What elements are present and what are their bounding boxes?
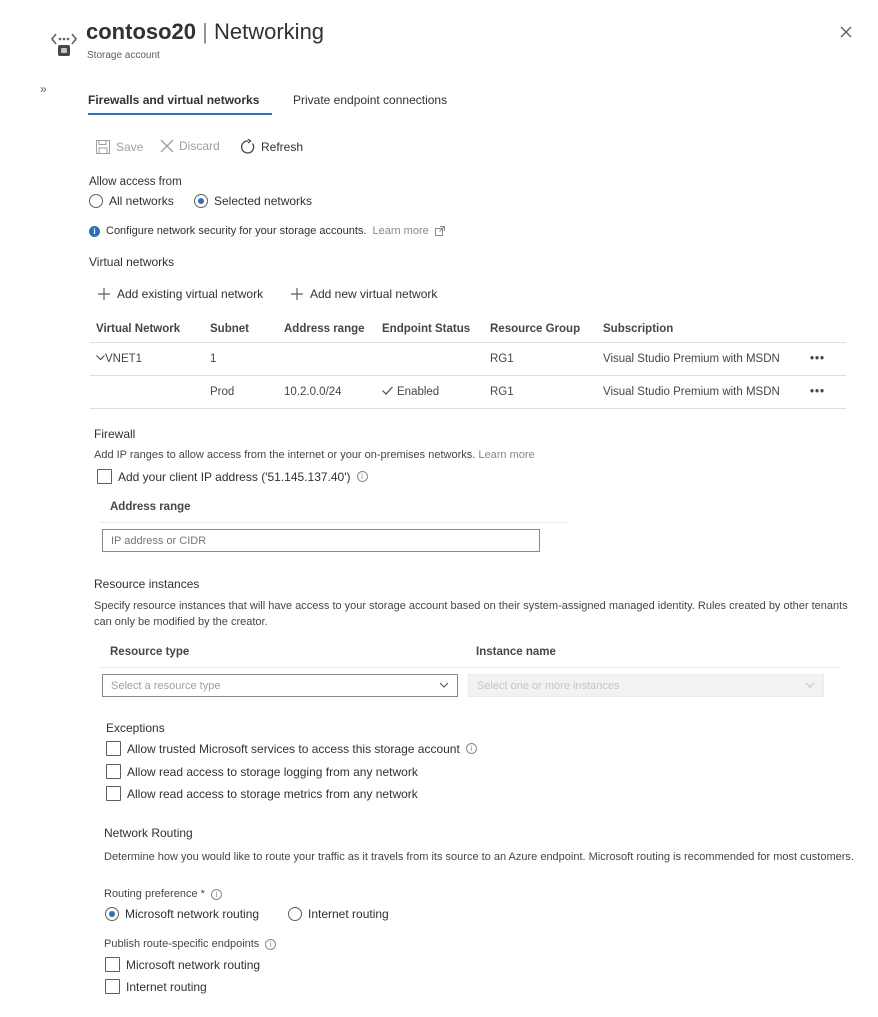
info-icon[interactable]: i xyxy=(357,471,368,482)
learn-more-link[interactable]: Learn more xyxy=(372,225,428,237)
info-icon[interactable]: i xyxy=(265,939,276,950)
table-row[interactable]: VNET1 1 RG1 Visual Studio Premium with M… xyxy=(90,343,846,376)
discard-label: Discard xyxy=(179,139,220,153)
plus-icon xyxy=(97,287,111,301)
plus-icon xyxy=(290,287,304,301)
save-button[interactable]: Save xyxy=(95,139,143,155)
more-options-icon[interactable]: ••• xyxy=(804,376,846,409)
column-header: Subnet xyxy=(204,316,278,343)
address-range-input[interactable] xyxy=(102,529,540,552)
table-header-row: Virtual Network Subnet Address range End… xyxy=(90,316,846,343)
table-row[interactable]: Prod 10.2.0.0/24 Enabled RG1 Visual Stud… xyxy=(90,376,846,409)
radio-label: Selected networks xyxy=(214,194,312,208)
resource-group-cell: RG1 xyxy=(484,343,597,376)
column-header: Address range xyxy=(278,316,376,343)
subscription-cell: Visual Studio Premium with MSDN xyxy=(597,376,804,409)
refresh-label: Refresh xyxy=(261,140,303,154)
storage-account-network-icon xyxy=(50,28,78,58)
info-text: Configure network security for your stor… xyxy=(106,225,366,237)
info-icon: i xyxy=(89,226,100,237)
divider xyxy=(100,667,840,668)
resource-type-subtitle: Storage account xyxy=(87,50,160,61)
publish-endpoints-text: Publish route-specific endpoints xyxy=(104,936,259,952)
radio-label: Microsoft network routing xyxy=(125,907,259,921)
chevron-down-icon[interactable] xyxy=(96,353,105,362)
address-range-cell: 10.2.0.0/24 xyxy=(278,376,376,409)
checkbox-label: Internet routing xyxy=(126,980,207,994)
radio-circle-checked xyxy=(194,194,208,208)
routing-preference-text: Routing preference * xyxy=(104,886,205,902)
checkbox-label: Allow read access to storage metrics fro… xyxy=(127,787,418,801)
subscription-cell: Visual Studio Premium with MSDN xyxy=(597,343,804,376)
add-new-label: Add new virtual network xyxy=(310,287,437,301)
column-header: Resource Group xyxy=(484,316,597,343)
resource-type-dropdown[interactable]: Select a resource type xyxy=(102,674,458,697)
endpoint-status-cell: Enabled xyxy=(376,376,484,409)
publish-microsoft-routing-checkbox[interactable]: Microsoft network routing xyxy=(105,957,260,972)
radio-selected-networks[interactable]: Selected networks xyxy=(194,194,312,208)
close-icon[interactable] xyxy=(838,24,854,40)
divider xyxy=(100,522,568,523)
info-icon[interactable]: i xyxy=(211,889,222,900)
column-header: Subscription xyxy=(597,316,804,343)
resource-instances-description: Specify resource instances that will hav… xyxy=(94,598,864,630)
resource-group-cell: RG1 xyxy=(484,376,597,409)
info-icon[interactable]: i xyxy=(466,743,477,754)
tab-private-endpoint-connections[interactable]: Private endpoint connections xyxy=(293,93,447,107)
chevron-down-icon xyxy=(439,682,449,689)
vnet-name: VNET1 xyxy=(105,353,142,365)
column-header: Endpoint Status xyxy=(376,316,484,343)
checkbox-box xyxy=(97,469,112,484)
vnet-cell xyxy=(90,376,204,409)
radio-circle xyxy=(288,907,302,921)
actions-column-header xyxy=(804,316,846,343)
checkmark-icon xyxy=(382,386,393,395)
external-link-icon xyxy=(435,226,445,236)
checkbox-box xyxy=(105,979,120,994)
checkbox-box xyxy=(105,957,120,972)
endpoint-status-text: Enabled xyxy=(397,386,439,398)
radio-microsoft-network-routing[interactable]: Microsoft network routing xyxy=(105,907,259,921)
exceptions-heading: Exceptions xyxy=(106,721,165,735)
checkbox-label: Allow read access to storage logging fro… xyxy=(127,765,418,779)
instance-name-dropdown[interactable]: Select one or more instances xyxy=(468,674,824,697)
radio-internet-routing[interactable]: Internet routing xyxy=(288,907,389,921)
exception-trusted-services-checkbox[interactable]: Allow trusted Microsoft services to acce… xyxy=(106,741,477,756)
virtual-networks-heading: Virtual networks xyxy=(89,255,174,269)
vnet-cell[interactable]: VNET1 xyxy=(90,343,204,376)
checkbox-label: Allow trusted Microsoft services to acce… xyxy=(127,742,460,756)
address-range-cell xyxy=(278,343,376,376)
refresh-icon xyxy=(240,139,256,155)
radio-all-networks[interactable]: All networks xyxy=(89,194,174,208)
checkbox-label: Add your client IP address ('51.145.137.… xyxy=(118,470,351,484)
active-tab-indicator xyxy=(88,113,272,115)
endpoint-status-cell xyxy=(376,343,484,376)
firewall-heading: Firewall xyxy=(94,427,135,441)
save-icon xyxy=(95,139,111,155)
resource-type-placeholder: Select a resource type xyxy=(111,680,220,692)
checkbox-box xyxy=(106,786,121,801)
publish-internet-routing-checkbox[interactable]: Internet routing xyxy=(105,979,207,994)
network-routing-heading: Network Routing xyxy=(104,826,193,840)
radio-label: Internet routing xyxy=(308,907,389,921)
discard-button[interactable]: Discard xyxy=(160,139,220,153)
checkbox-label: Microsoft network routing xyxy=(126,958,260,972)
routing-preference-label: Routing preference * i xyxy=(104,886,222,902)
subnet-cell: Prod xyxy=(204,376,278,409)
network-routing-description: Determine how you would like to route yo… xyxy=(104,849,864,865)
add-existing-label: Add existing virtual network xyxy=(117,287,263,301)
resource-type-label: Resource type xyxy=(110,646,189,658)
checkbox-box xyxy=(106,764,121,779)
info-message: i Configure network security for your st… xyxy=(89,225,445,237)
allow-access-label: Allow access from xyxy=(89,176,182,188)
double-chevron-right-icon[interactable]: » xyxy=(40,82,47,96)
exception-storage-logging-checkbox[interactable]: Allow read access to storage logging fro… xyxy=(106,764,418,779)
add-new-vnet-button[interactable]: Add new virtual network xyxy=(290,287,437,301)
firewall-desc-text: Add IP ranges to allow access from the i… xyxy=(94,449,475,461)
resource-instances-heading: Resource instances xyxy=(94,577,199,591)
page-title: contoso20 | Networking xyxy=(86,19,324,45)
virtual-networks-table: Virtual Network Subnet Address range End… xyxy=(90,316,846,409)
add-existing-vnet-button[interactable]: Add existing virtual network xyxy=(97,287,263,301)
add-client-ip-checkbox[interactable]: Add your client IP address ('51.145.137.… xyxy=(97,469,368,484)
tab-firewalls-and-virtual-networks[interactable]: Firewalls and virtual networks xyxy=(88,93,259,107)
instance-name-label: Instance name xyxy=(476,646,556,658)
address-range-label: Address range xyxy=(110,501,191,513)
instance-placeholder: Select one or more instances xyxy=(477,680,619,692)
discard-icon xyxy=(160,139,174,153)
chevron-down-icon xyxy=(805,682,815,689)
firewall-learn-more-link[interactable]: Learn more xyxy=(478,449,534,461)
save-label: Save xyxy=(116,140,143,154)
page-name: Networking xyxy=(214,19,324,44)
checkbox-box xyxy=(106,741,121,756)
radio-circle xyxy=(89,194,103,208)
refresh-button[interactable]: Refresh xyxy=(240,139,303,155)
radio-circle-checked xyxy=(105,907,119,921)
subnet-cell: 1 xyxy=(204,343,278,376)
exception-storage-metrics-checkbox[interactable]: Allow read access to storage metrics fro… xyxy=(106,786,418,801)
column-header: Virtual Network xyxy=(90,316,204,343)
publish-endpoints-label: Publish route-specific endpoints i xyxy=(104,936,276,952)
radio-label: All networks xyxy=(109,194,174,208)
more-options-icon[interactable]: ••• xyxy=(804,343,846,376)
resource-name: contoso20 xyxy=(86,19,196,44)
firewall-description: Add IP ranges to allow access from the i… xyxy=(94,447,535,463)
title-separator: | xyxy=(202,19,208,44)
